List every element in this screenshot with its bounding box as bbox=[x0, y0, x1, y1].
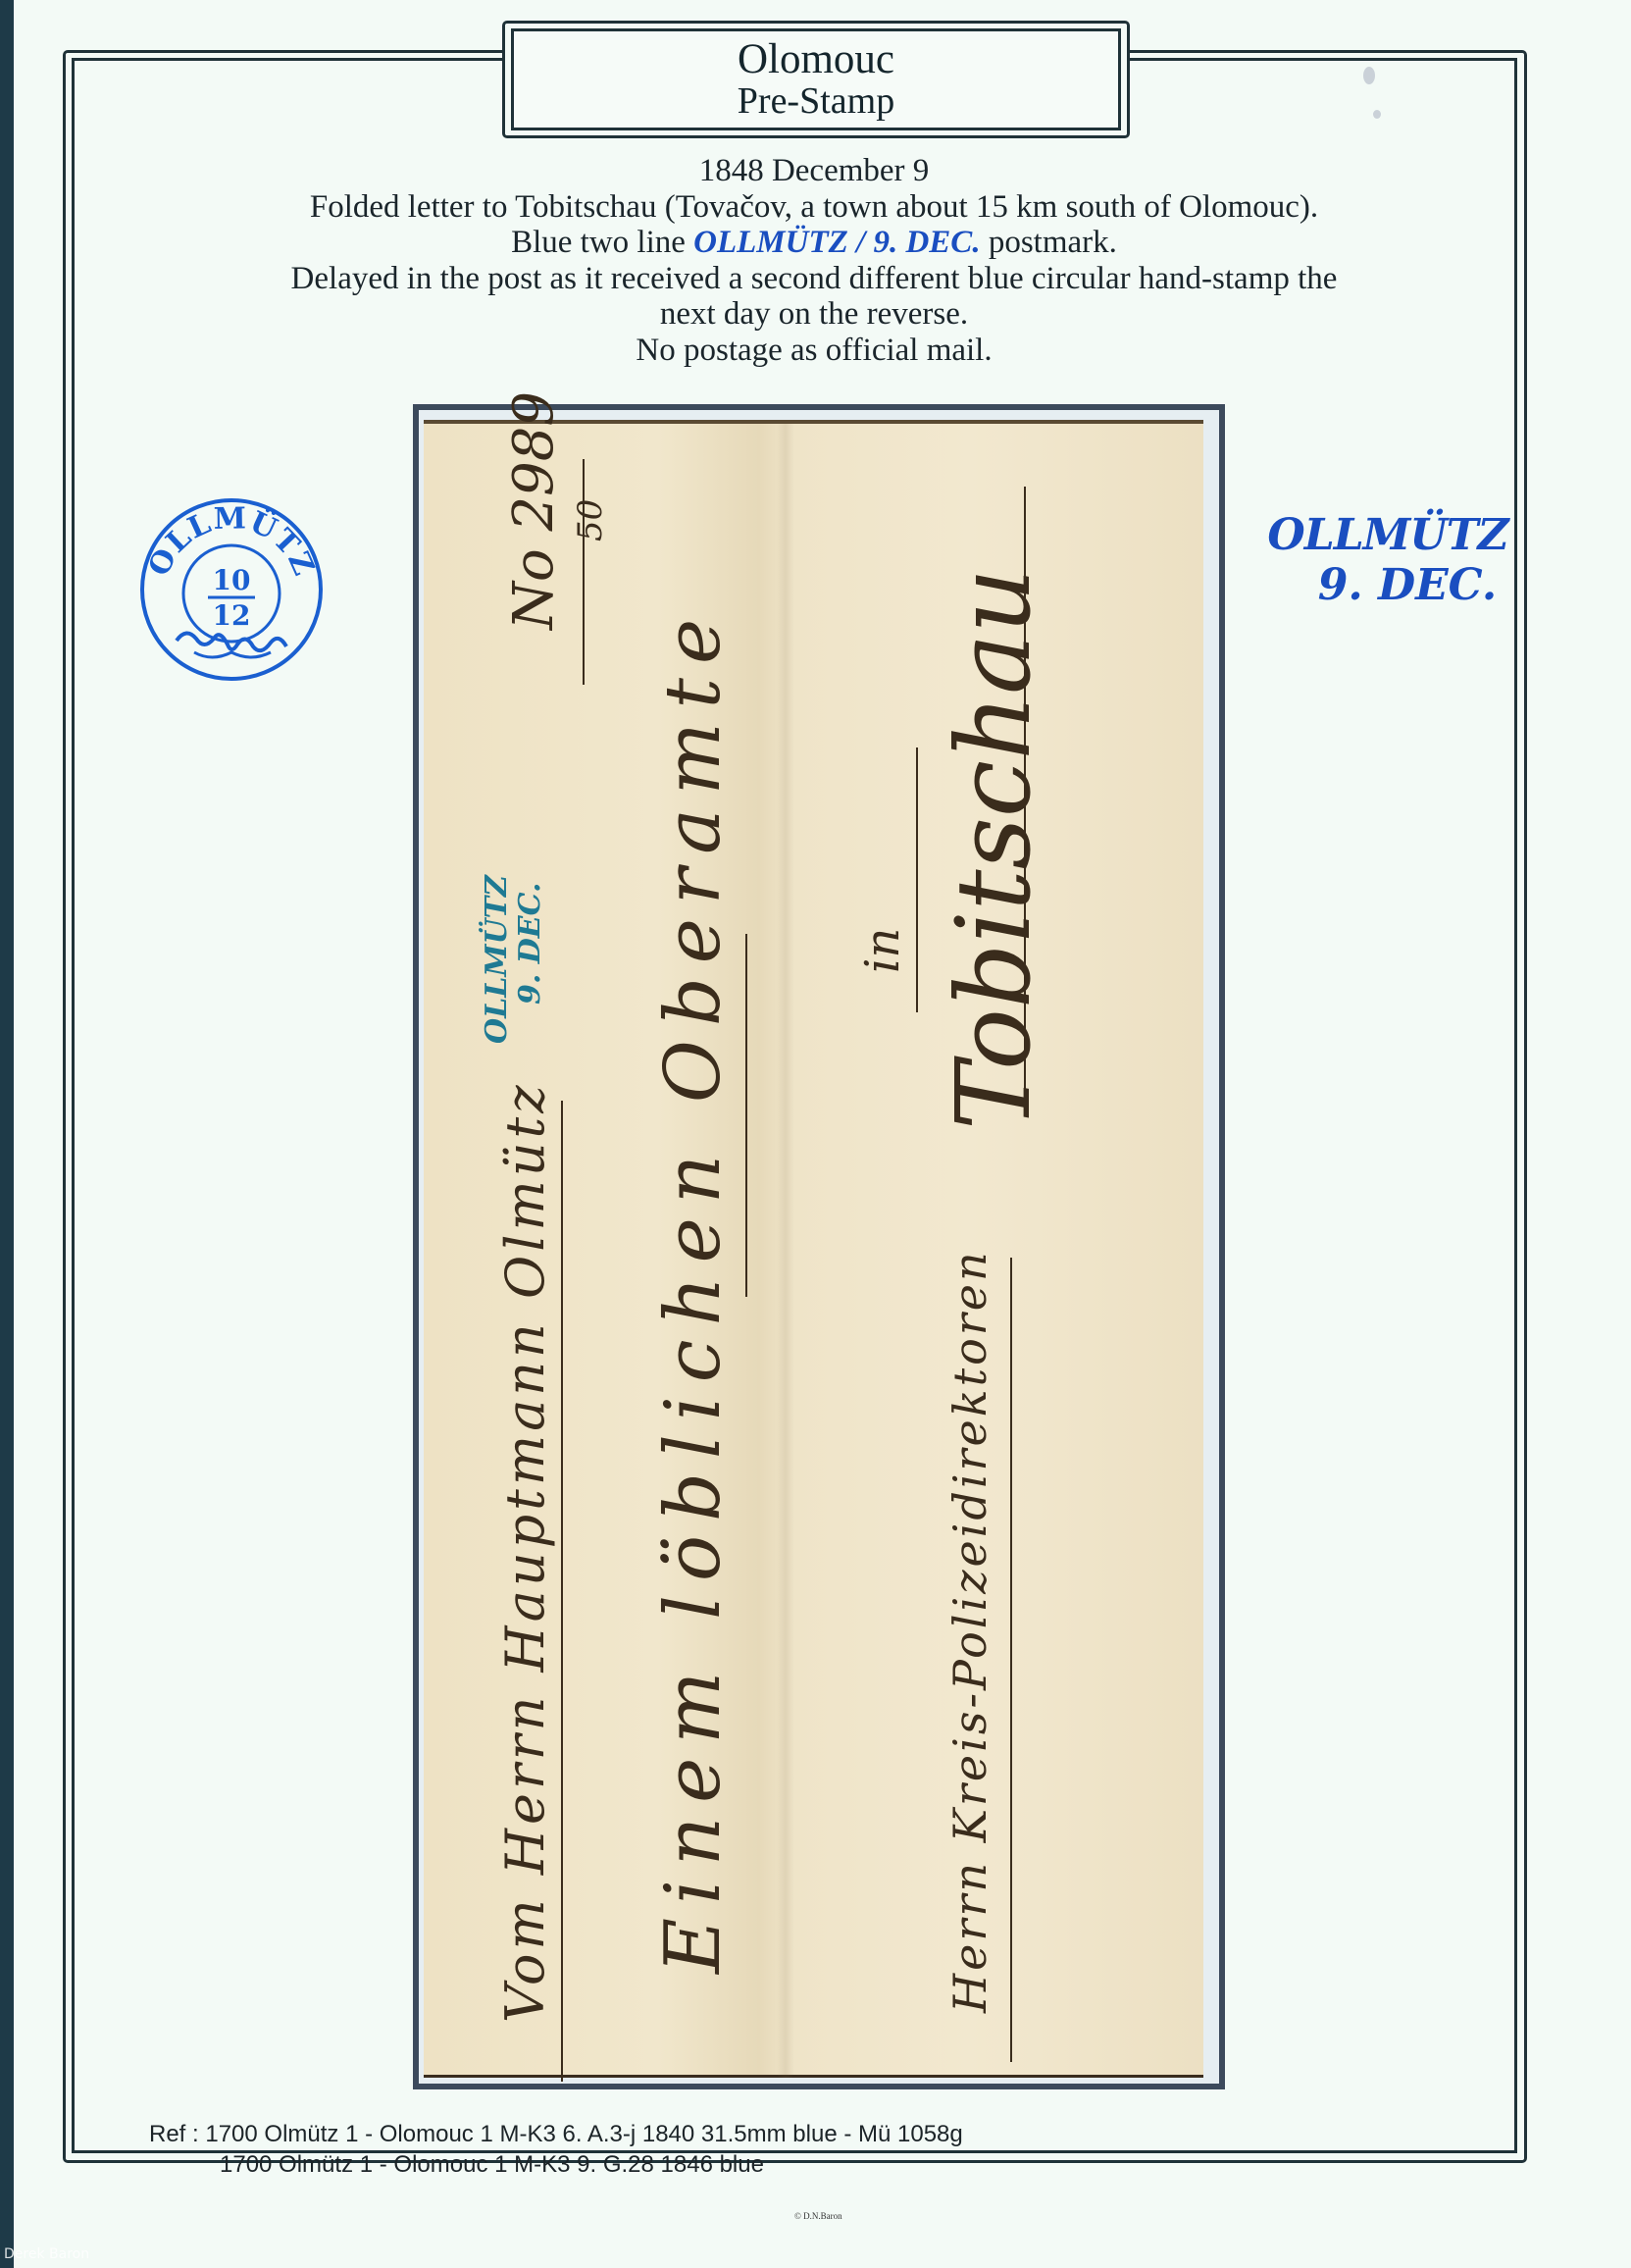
description-text: postmark. bbox=[981, 225, 1117, 260]
manuscript-destination: Tobitschau bbox=[934, 568, 1053, 1130]
manuscript-underline bbox=[1024, 487, 1026, 1114]
description-block: 1848 December 9 Folded letter to Tobitsc… bbox=[177, 153, 1452, 368]
page-title: Olomouc bbox=[738, 38, 894, 81]
postmark-date: 9. DEC. bbox=[1260, 561, 1515, 610]
svg-text:12: 12 bbox=[213, 599, 251, 632]
manuscript-underline bbox=[561, 1101, 563, 2082]
description-line: Blue two line OLLMÜTZ / 9. DEC. postmark… bbox=[177, 225, 1452, 261]
description-line: Folded letter to Tobitschau (Tovačov, a … bbox=[177, 189, 1452, 226]
scan-edge bbox=[0, 0, 14, 2268]
manuscript-underline bbox=[1010, 1258, 1012, 2062]
manuscript-registry-suffix: 50 bbox=[571, 499, 610, 541]
title-box: Olomouc Pre-Stamp bbox=[511, 28, 1121, 130]
folded-letter-cover: No 2989 50 OLLMÜTZ 9. DEC. Vom Herrn Hau… bbox=[424, 420, 1203, 2078]
scan-smudge bbox=[1373, 110, 1381, 119]
description-line: No postage as official mail. bbox=[177, 333, 1452, 369]
manuscript-underline bbox=[583, 459, 585, 685]
reference-line: 1700 Olmütz 1 - Olomouc 1 M-K3 9. G.28 1… bbox=[149, 2149, 963, 2180]
manuscript-underline bbox=[745, 934, 747, 1297]
description-text: Blue two line bbox=[511, 225, 693, 260]
manuscript-registry-number: No 2989 bbox=[502, 391, 566, 630]
cover-postmark: OLLMÜTZ 9. DEC. bbox=[481, 875, 547, 1044]
watermark: Derek Baron bbox=[4, 2246, 89, 2262]
svg-text:10: 10 bbox=[213, 564, 251, 596]
postmark-town: OLLMÜTZ bbox=[1260, 510, 1515, 561]
page-subtitle: Pre-Stamp bbox=[738, 81, 894, 121]
manuscript-underline bbox=[916, 747, 918, 1012]
two-line-postmark-icon: OLLMÜTZ 9. DEC. bbox=[1260, 510, 1515, 610]
manuscript-sender: Vom Herrn Hauptmann Olmütz bbox=[494, 1081, 556, 2023]
catalogue-references: Ref : 1700 Olmütz 1 - Olomouc 1 M-K3 6. … bbox=[149, 2119, 963, 2180]
description-line: Delayed in the post as it received a sec… bbox=[177, 261, 1452, 297]
paper-fold bbox=[777, 424, 794, 2078]
scan-smudge bbox=[1363, 67, 1375, 84]
cover-postmark-date: 9. DEC. bbox=[514, 875, 547, 1044]
manuscript-note: Herrn Kreis-Polizeidirektoren bbox=[943, 1249, 996, 2013]
description-line: next day on the reverse. bbox=[177, 296, 1452, 333]
cover-postmark-town: OLLMÜTZ bbox=[481, 875, 514, 1044]
reference-line: Ref : 1700 Olmütz 1 - Olomouc 1 M-K3 6. … bbox=[149, 2119, 963, 2149]
postmark-highlight: OLLMÜTZ / 9. DEC. bbox=[693, 225, 980, 260]
description-date: 1848 December 9 bbox=[177, 153, 1452, 189]
manuscript-addressee: Einem löblichen Oberamte bbox=[649, 605, 738, 1974]
manuscript-in: in bbox=[855, 928, 910, 973]
circular-postmark-icon: OLLMÜTZ 10 12 bbox=[137, 495, 326, 684]
copyright-notice: © D.N.Baron bbox=[794, 2211, 842, 2221]
